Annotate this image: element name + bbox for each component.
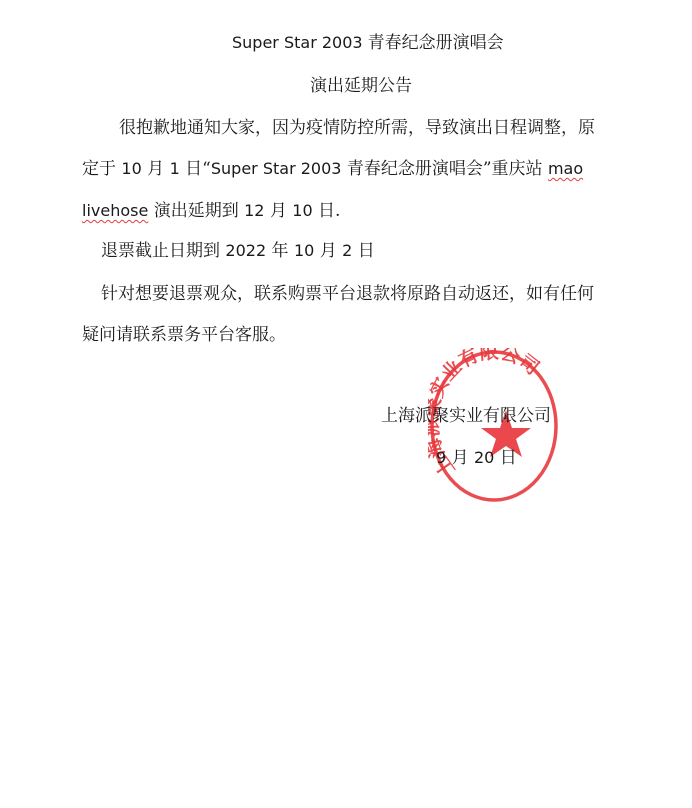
signature-date: 9 月 20 日 — [436, 447, 517, 469]
para1-line2: 定于 10 月 1 日“Super Star 2003 青春纪念册演唱会”重庆站… — [82, 158, 583, 180]
text: 月 — [264, 201, 292, 221]
para1-line3: livehose 演出延期到 12 月 10 日. — [82, 200, 340, 222]
text: 9 — [436, 448, 446, 467]
text: Super Star 2003 — [211, 159, 342, 178]
text: 10 — [121, 159, 141, 178]
text: 20 — [474, 448, 494, 467]
text: 日“ — [180, 159, 211, 179]
para1-line1: 很抱歉地通知大家，因为疫情防控所需，导致演出日程调整，原 — [119, 117, 595, 139]
text: 退票截止日期到 — [101, 241, 225, 261]
text: 日 — [494, 448, 516, 468]
text: 10 — [294, 241, 314, 260]
signature-company: 上海派聚实业有限公司 — [381, 405, 551, 427]
text: 演出延期到 — [148, 201, 244, 221]
text: 月 — [142, 159, 170, 179]
document-subtitle: 演出延期公告 — [310, 75, 412, 97]
text: 12 — [244, 201, 264, 220]
text: 月 — [314, 241, 342, 261]
document-title: Super Star 2003 青春纪念册演唱会 — [232, 32, 504, 54]
text: 2 — [342, 241, 352, 260]
text: 日 — [352, 241, 374, 261]
text: 1 — [170, 159, 180, 178]
text: 定于 — [82, 159, 121, 179]
text: 月 — [446, 448, 474, 468]
text: 青春纪念册演唱会”重庆站 — [341, 159, 548, 179]
spellcheck-word[interactable]: mao — [548, 159, 583, 178]
text: 2022 — [225, 241, 266, 260]
para3-line2: 疑问请联系票务平台客服。 — [82, 324, 286, 346]
para2: 退票截止日期到 2022 年 10 月 2 日 — [101, 240, 375, 262]
spellcheck-word[interactable]: livehose — [82, 201, 148, 220]
text: 年 — [266, 241, 294, 261]
para3-line1: 针对想要退票观众，联系购票平台退款将原路自动返还，如有任何 — [101, 283, 594, 305]
title-latin: Super Star 2003 — [232, 33, 368, 52]
title-cjk: 青春纪念册演唱会 — [368, 33, 504, 53]
text: 日. — [313, 201, 341, 221]
text: 10 — [292, 201, 312, 220]
